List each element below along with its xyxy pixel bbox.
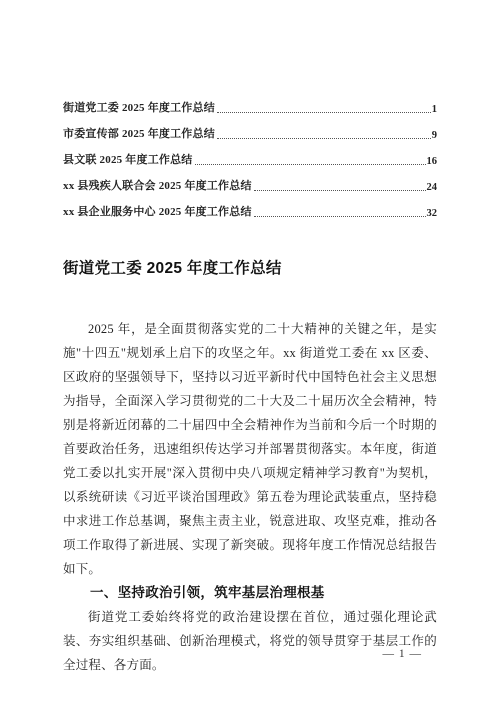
toc-entry-page-number: 24 [427, 182, 438, 193]
toc-entry-label: 县文联 2025 年度工作总结 [63, 151, 193, 167]
toc-entry-page-number: 32 [427, 208, 438, 219]
toc-entry[interactable]: xx 县企业服务中心 2025 年度工作总结 32 [63, 199, 437, 225]
document-title: 街道党工委 2025 年度工作总结 [63, 258, 437, 280]
toc-entry-label: xx 县企业服务中心 2025 年度工作总结 [63, 203, 252, 219]
toc-entry[interactable]: 市委宣传部 2025 年度工作总结 9 [63, 121, 437, 147]
toc-dot-leader [217, 138, 431, 139]
page-number: — 1 — [383, 648, 423, 660]
toc-dot-leader [217, 112, 431, 113]
toc-entry-label: 市委宣传部 2025 年度工作总结 [63, 125, 215, 141]
toc-entry-page-number: 1 [432, 104, 437, 115]
toc-entry[interactable]: 街道党工委 2025 年度工作总结 1 [63, 95, 437, 121]
toc-dot-leader [254, 216, 426, 217]
toc-entry-label: 街道党工委 2025 年度工作总结 [63, 99, 215, 115]
toc-dot-leader [254, 190, 426, 191]
section-heading: 一、坚持政治引领，筑牢基层治理根基 [63, 581, 437, 605]
section-paragraph: 街道党工委始终将党的政治建设摆在首位，通过强化理论武装、夯实组织基础、创新治理模… [63, 605, 437, 677]
intro-paragraph: 2025 年，是全面贯彻落实党的二十大精神的关键之年，是实施"十四五"规划承上启… [63, 317, 437, 581]
table-of-contents: 街道党工委 2025 年度工作总结 1 市委宣传部 2025 年度工作总结 9 … [63, 95, 437, 225]
toc-entry[interactable]: xx 县残疾人联合会 2025 年度工作总结 24 [63, 173, 437, 199]
toc-dot-leader [195, 164, 426, 165]
toc-entry-label: xx 县残疾人联合会 2025 年度工作总结 [63, 177, 252, 193]
toc-entry-page-number: 16 [427, 156, 438, 167]
toc-entry[interactable]: 县文联 2025 年度工作总结 16 [63, 147, 437, 173]
document-page: 街道党工委 2025 年度工作总结 1 市委宣传部 2025 年度工作总结 9 … [0, 0, 500, 708]
toc-entry-page-number: 9 [432, 130, 437, 141]
